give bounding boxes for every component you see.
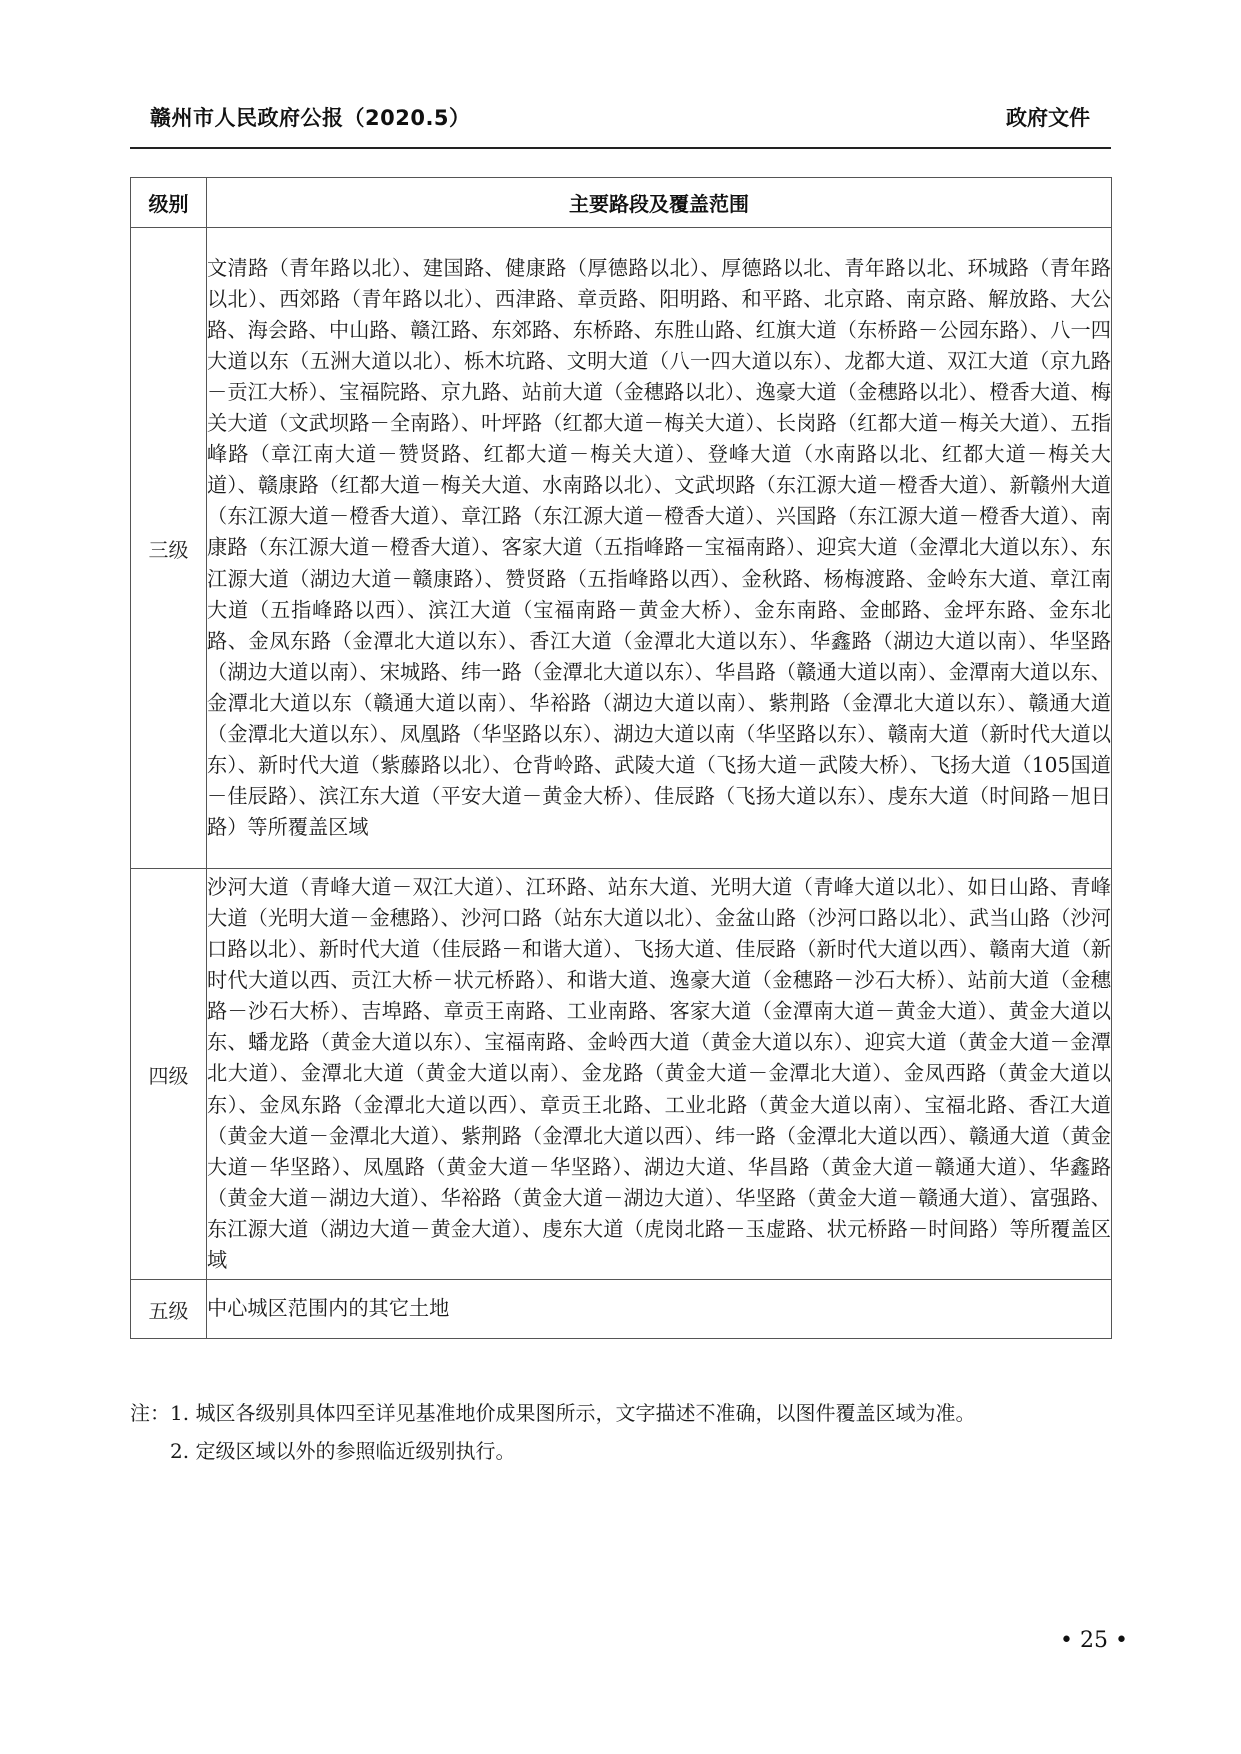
section-label: 政府文件 (1006, 102, 1090, 132)
table-row: 三级 文清路（青年路以北）、建国路、健康路（厚德路以北）、厚德路以北、青年路以北… (131, 228, 1112, 869)
grade-level-cell: 五级 (131, 1280, 207, 1339)
page-number: • 25 • (1060, 1628, 1128, 1653)
land-grade-table: 级别 主要路段及覆盖范围 三级 文清路（青年路以北）、建国路、健康路（厚德路以北… (130, 177, 1112, 1339)
column-header-scope: 主要路段及覆盖范围 (207, 178, 1112, 228)
table-notes: 注：1. 城区各级别具体四至详见基准地价成果图所示，文字描述不准确，以图件覆盖区… (130, 1394, 1110, 1470)
note-1: 注：1. 城区各级别具体四至详见基准地价成果图所示，文字描述不准确，以图件覆盖区… (130, 1394, 1110, 1432)
grade-scope-cell: 中心城区范围内的其它土地 (207, 1280, 1112, 1339)
note-2: 2. 定级区域以外的参照临近级别执行。 (130, 1432, 1110, 1470)
column-header-level: 级别 (131, 178, 207, 228)
publication-title: 赣州市人民政府公报（2020.5） (150, 102, 471, 132)
grade-level-cell: 四级 (131, 869, 207, 1280)
grade-scope-cell: 文清路（青年路以北）、建国路、健康路（厚德路以北）、厚德路以北、青年路以北、环城… (207, 228, 1112, 869)
grade-scope-cell: 沙河大道（青峰大道－双江大道）、江环路、站东大道、光明大道（青峰大道以北）、如日… (207, 869, 1112, 1280)
table-row: 四级 沙河大道（青峰大道－双江大道）、江环路、站东大道、光明大道（青峰大道以北）… (131, 869, 1112, 1280)
header-rule (130, 147, 1111, 149)
grade-level-cell: 三级 (131, 228, 207, 869)
table-row: 五级 中心城区范围内的其它土地 (131, 1280, 1112, 1339)
page-header: 赣州市人民政府公报（2020.5） 政府文件 (130, 96, 1110, 136)
table-header-row: 级别 主要路段及覆盖范围 (131, 178, 1112, 228)
